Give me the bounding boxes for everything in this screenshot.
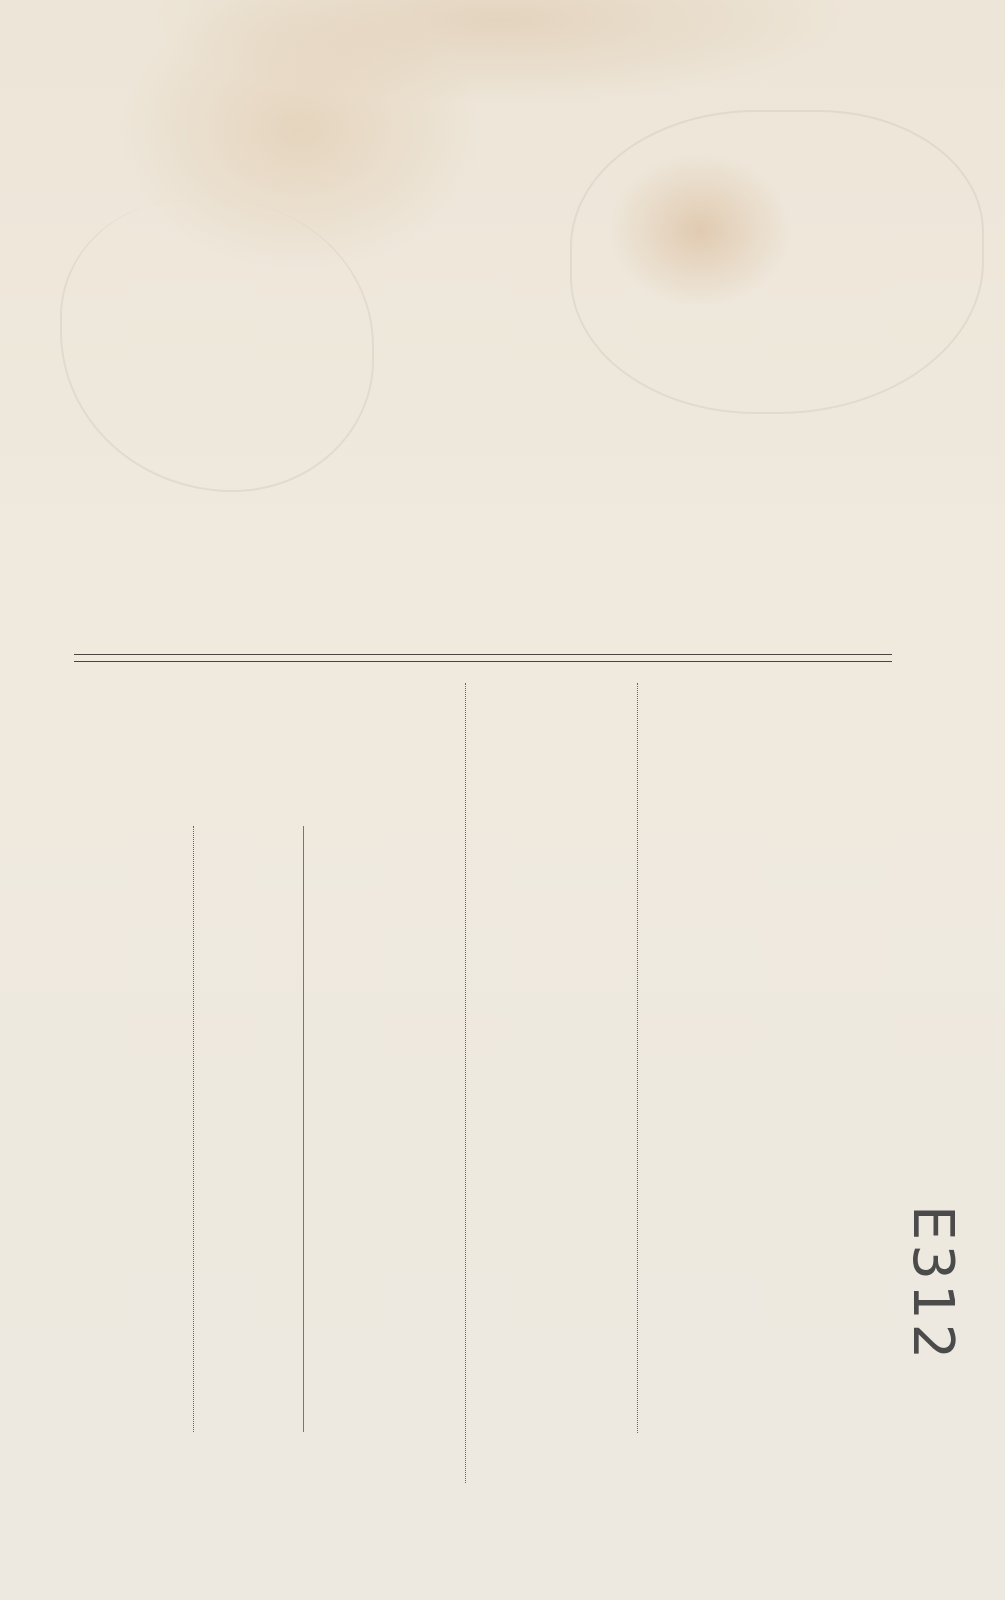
message-column-line-1 [193,826,194,1432]
handwritten-catalog-number: E312 [900,1205,965,1363]
water-stain-left [60,200,374,492]
water-stain-right [570,110,984,414]
divider-line-bottom [74,661,892,662]
address-column-line-2 [637,683,638,1433]
address-column-line-1 [465,683,466,1483]
divider-line-top [74,654,892,655]
message-column-line-2 [303,826,304,1432]
postcard-back: E312 [0,0,1005,1600]
